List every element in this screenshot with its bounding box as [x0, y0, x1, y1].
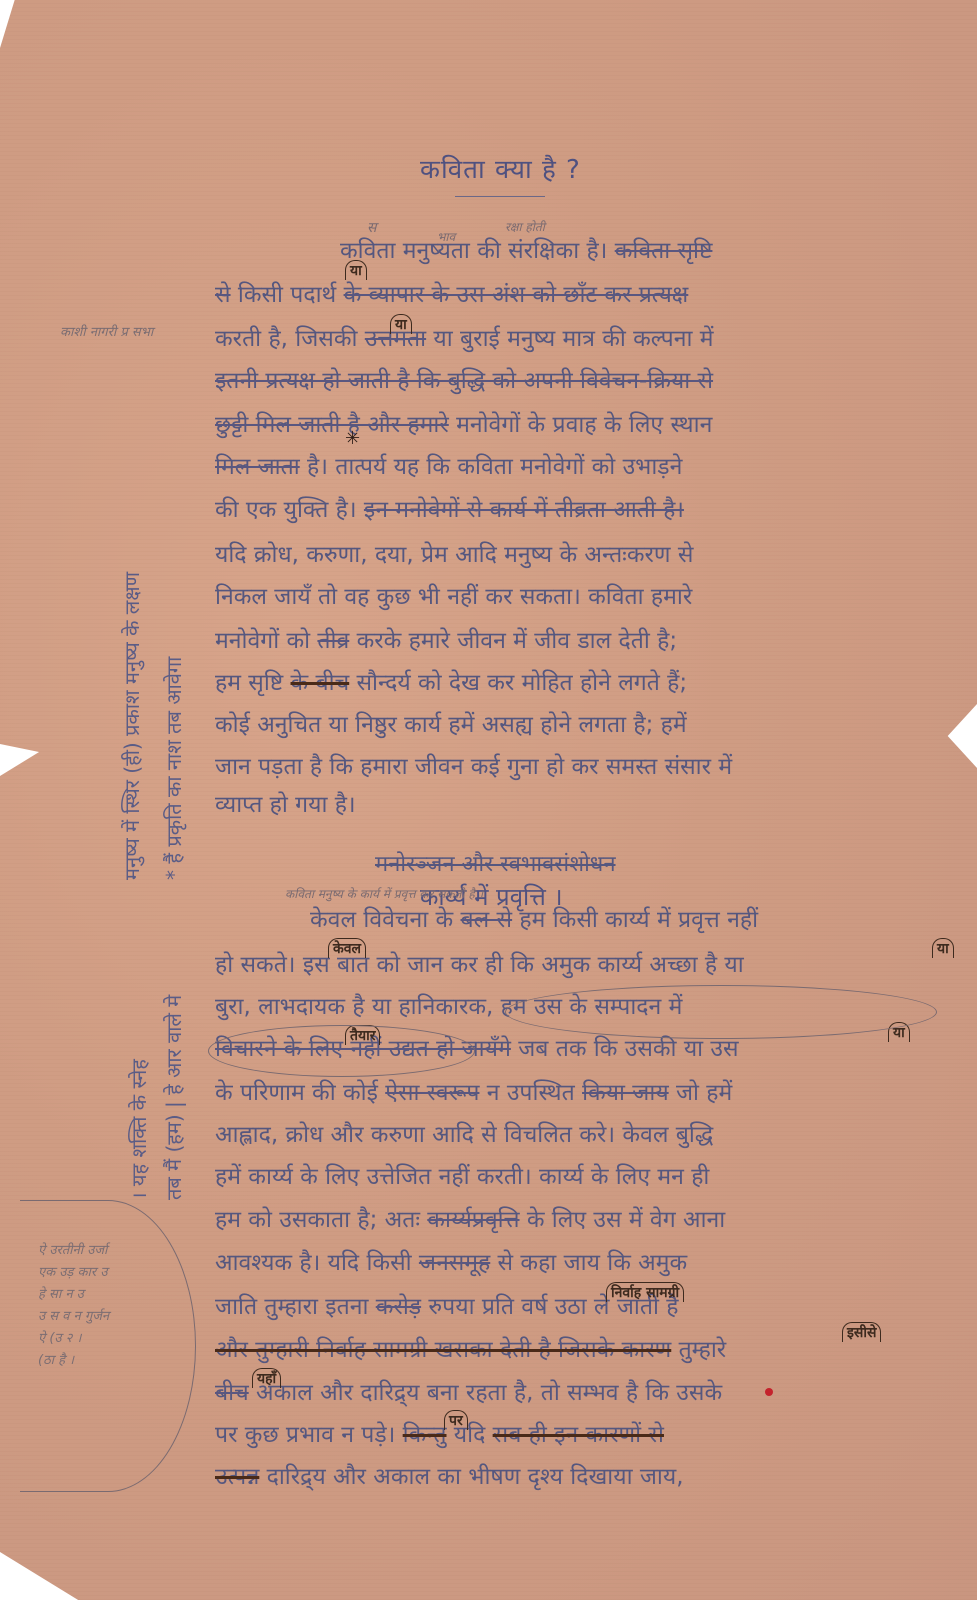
- text-line: से किसी पदार्थ के व्यापार के उस अंश को छ…: [215, 280, 957, 310]
- insertion-note: पर: [444, 1410, 468, 1430]
- insertion-mark: रक्षा होती: [505, 218, 545, 235]
- title-underline: [455, 196, 545, 197]
- insertion-mark: स: [367, 218, 376, 237]
- text-line: आवश्यक है। यदि किसी जनसमूह से कहा जाय कि…: [215, 1248, 957, 1278]
- text-line: की एक युक्ति है। इन मनोवेगों से कार्य मे…: [215, 495, 957, 525]
- text-line: बीच अकाल और दारिद्र्य बना रहता है, तो सम…: [215, 1378, 957, 1408]
- text-line: छुट्टी मिल जाती है और हमारे मनोवेगों के …: [215, 410, 957, 440]
- text-line: केवल विवेचना के बल से हम किसी कार्य्य मे…: [310, 905, 957, 935]
- text-line: हम सृष्टि के बीच सौन्दर्य को देख कर मोहि…: [215, 668, 957, 698]
- text-line: जाति तुम्हारा इतना करोड़ रुपया प्रति वर्…: [215, 1292, 957, 1322]
- insertion-note: या: [390, 314, 412, 334]
- red-ink-dot: [765, 1388, 773, 1396]
- insertion-note: इसीसे: [842, 1322, 881, 1342]
- text-line: कविता मनुष्यता की संरक्षिका है। कविता सृ…: [340, 236, 957, 266]
- insertion-note: निर्वाह सामग्री: [606, 1282, 684, 1302]
- text-line: कोई अनुचित या निष्ठुर कार्य हमें असह्य ह…: [215, 710, 957, 740]
- margin-note-vertical: * हैं प्रकृति का नाश तब आवेगा: [160, 440, 187, 880]
- struck-heading: मनोरञ्जन और स्वभावसंशोधन: [375, 848, 616, 878]
- pencil-bracket: [20, 1200, 196, 1492]
- text-line: हमें कार्य्य के लिए उत्तेजित नहीं करती। …: [215, 1162, 957, 1192]
- text-line: के परिणाम की कोई ऐसा स्वरूप न उपस्थित कि…: [215, 1078, 957, 1108]
- margin-note-vertical: मनुष्य में स्थिर (ही) प्रकाश मनुष्य के ल…: [118, 440, 145, 880]
- insertion-note: यहाँ: [252, 1368, 281, 1388]
- text-line: हो सकते। इस बात को जान कर ही कि अमुक कार…: [215, 950, 957, 980]
- margin-note-vertical: तब मैं (हम) | हे आर वाले मे: [160, 880, 187, 1200]
- asterisk-mark: ✳: [345, 428, 360, 449]
- text-line: इतनी प्रत्यक्ष हो जाती है कि बुद्धि को अ…: [215, 366, 957, 396]
- bracket-oval: [505, 985, 937, 1039]
- text-line: जान पड़ता है कि हमारा जीवन कई गुना हो कर…: [215, 752, 957, 782]
- text-line: मिल जाता है। तात्पर्य यह कि कविता मनोवेग…: [215, 452, 957, 482]
- insertion-note: केवल: [328, 938, 366, 958]
- manuscript-page: कविता क्या है ? स भाव रक्षा होती कविता म…: [0, 0, 977, 1600]
- pencil-margin-note: काशी नागरी प्र सभा: [60, 322, 153, 344]
- text-line: हम को उसकाता है; अतः कार्य्यप्रवृत्ति के…: [215, 1205, 957, 1235]
- text-line: निकल जायँ तो वह कुछ भी नहीं कर सकता। कवि…: [215, 582, 957, 612]
- insertion-note: या: [932, 938, 954, 958]
- pencil-gloss: कविता मनुष्य के कार्य में प्रवृत्त कर सक…: [285, 885, 483, 902]
- text-line: उत्पन्न दारिद्र्य और अकाल का भीषण दृश्य …: [215, 1462, 957, 1492]
- bracket-oval: [208, 1025, 475, 1077]
- text-line: व्याप्त हो गया है।: [215, 790, 957, 820]
- text-line: पर कुछ प्रभाव न पड़े। किन्तु यदि सब ही इ…: [215, 1420, 957, 1450]
- text-line: आह्लाद, क्रोध और करुणा आदि से विचलित करे…: [215, 1120, 957, 1150]
- text-line: करती है, जिसकी उत्तमता या बुराई मनुष्य म…: [215, 324, 957, 354]
- page-title: कविता क्या है ?: [420, 150, 581, 186]
- text-line: मनोवेगों को तीव्र करके हमारे जीवन में जी…: [215, 626, 957, 656]
- margin-note-vertical: । यह शक्ति के स्नेह: [125, 880, 152, 1200]
- text-line: यदि क्रोध, करुणा, दया, प्रेम आदि मनुष्य …: [215, 540, 957, 570]
- insertion-note: या: [345, 260, 367, 280]
